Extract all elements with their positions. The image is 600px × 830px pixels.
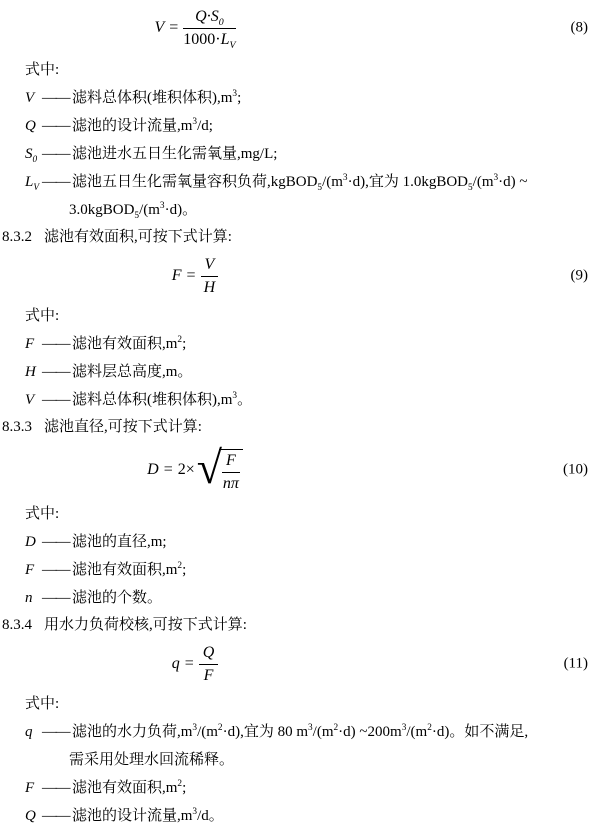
- fraction-denominator: F: [199, 665, 219, 685]
- formula-9-lhs: F: [172, 267, 182, 285]
- definition-row: V —— 滤料总体积(堆积体积),m3;: [0, 84, 600, 112]
- term-dash: ——: [40, 168, 72, 196]
- term-symbol: S0: [25, 140, 40, 168]
- fraction-numerator: F: [222, 452, 240, 473]
- fraction: Q·S0 1000·LV: [183, 8, 235, 49]
- term-dash: ——: [40, 140, 72, 168]
- equation-10-row: D = 2× √ F nπ (10): [0, 440, 600, 500]
- term-text: 滤池的个数。: [72, 584, 162, 612]
- equation-9-row: F = V H (9): [0, 250, 600, 302]
- term-symbol: V: [25, 84, 40, 112]
- term-dash: ——: [40, 330, 72, 358]
- term-text: 滤料层总高度,m。: [72, 358, 192, 386]
- term-symbol: H: [25, 358, 40, 386]
- formula-11: q = Q F: [0, 644, 390, 685]
- term-dash: ——: [40, 528, 72, 556]
- definition-row: LV —— 滤池五日生化需氧量容积负荷,kgBOD5/(m3·d),宜为 1.0…: [0, 168, 600, 196]
- document-page: V = Q·S0 1000·LV (8) 式中: V —— 滤料总体积(堆积体积…: [0, 0, 600, 830]
- term-text: 滤池五日生化需氧量容积负荷,kgBOD5/(m3·d),宜为 1.0kgBOD5…: [72, 168, 528, 196]
- radicand: F nπ: [219, 449, 243, 493]
- fraction: F nπ: [222, 452, 240, 493]
- equals-sign: =: [159, 461, 178, 479]
- formula-8-lhs: V: [154, 19, 164, 37]
- definition-row: S0 —— 滤池进水五日生化需氧量,mg/L;: [0, 140, 600, 168]
- denominator-coefficient: 1000·: [183, 31, 220, 48]
- definition-row: V —— 滤料总体积(堆积体积),m3。: [0, 386, 600, 414]
- term-dash: ——: [40, 802, 72, 830]
- denominator-variable: LV: [221, 31, 236, 48]
- equation-number-11: (11): [564, 656, 588, 673]
- section-title: 滤池有效面积,可按下式计算:: [44, 224, 232, 250]
- equals-sign: =: [181, 267, 200, 285]
- term-symbol: F: [25, 774, 40, 802]
- formula-8: V = Q·S0 1000·LV: [0, 8, 390, 49]
- term-symbol: D: [25, 528, 40, 556]
- formula-10-lhs: D: [147, 461, 159, 479]
- term-symbol: n: [25, 584, 40, 612]
- fraction: Q F: [199, 644, 219, 685]
- section-heading-8-3-3: 8.3.3 滤池直径,可按下式计算:: [0, 414, 600, 440]
- term-text: 滤料总体积(堆积体积),m3。: [72, 386, 252, 414]
- section-number: 8.3.2: [2, 224, 32, 250]
- term-symbol: F: [25, 556, 40, 584]
- formula-9: F = V H: [0, 256, 390, 297]
- formula-10-coefficient: 2×: [178, 461, 195, 479]
- fraction-numerator: Q: [199, 644, 219, 665]
- term-text: 滤池有效面积,m2;: [72, 774, 186, 802]
- term-text: 滤池有效面积,m2;: [72, 330, 186, 358]
- formula-11-lhs: q: [172, 655, 180, 673]
- fraction-denominator: 1000·LV: [183, 29, 235, 49]
- definition-row: D —— 滤池的直径,m;: [0, 528, 600, 556]
- fraction-denominator: H: [201, 277, 219, 297]
- term-dash: ——: [40, 718, 72, 746]
- definition-row: q —— 滤池的水力负荷,m3/(m2·d),宜为 80 m3/(m2·d) ~…: [0, 718, 600, 746]
- definition-row: Q —— 滤池的设计流量,m3/d;: [0, 112, 600, 140]
- equation-11-row: q = Q F (11): [0, 638, 600, 690]
- term-symbol: q: [25, 718, 40, 746]
- term-text: 滤料总体积(堆积体积),m3;: [72, 84, 241, 112]
- term-text: 滤池有效面积,m2;: [72, 556, 186, 584]
- square-root: √ F nπ: [197, 448, 243, 493]
- equals-sign: =: [164, 19, 183, 37]
- term-text-continuation: 需采用处理水回流稀释。: [0, 746, 600, 774]
- term-dash: ——: [40, 584, 72, 612]
- term-dash: ——: [40, 358, 72, 386]
- term-text: 滤池的水力负荷,m3/(m2·d),宜为 80 m3/(m2·d) ~200m3…: [72, 718, 528, 746]
- term-dash: ——: [40, 774, 72, 802]
- term-text: 滤池的设计流量,m3/d。: [72, 802, 224, 830]
- term-symbol: LV: [25, 168, 40, 196]
- term-symbol: Q: [25, 802, 40, 830]
- fraction: V H: [201, 256, 219, 297]
- section-number: 8.3.4: [2, 612, 32, 638]
- term-dash: ——: [40, 386, 72, 414]
- term-text: 滤池的直径,m;: [72, 528, 167, 556]
- definition-row: F —— 滤池有效面积,m2;: [0, 556, 600, 584]
- term-symbol: Q: [25, 112, 40, 140]
- term-dash: ——: [40, 112, 72, 140]
- formula-10: D = 2× √ F nπ: [0, 448, 390, 493]
- section-title: 用水力负荷校核,可按下式计算:: [44, 612, 247, 638]
- equation-number-8: (8): [571, 20, 589, 37]
- definition-row: F —— 滤池有效面积,m2;: [0, 774, 600, 802]
- term-symbol: F: [25, 330, 40, 358]
- where-label: 式中:: [0, 302, 600, 330]
- equals-sign: =: [180, 655, 199, 673]
- where-label: 式中:: [0, 690, 600, 718]
- section-heading-8-3-4: 8.3.4 用水力负荷校核,可按下式计算:: [0, 612, 600, 638]
- definition-row: n —— 滤池的个数。: [0, 584, 600, 612]
- term-text: 滤池进水五日生化需氧量,mg/L;: [72, 140, 277, 168]
- fraction-numerator: Q·S0: [183, 8, 235, 29]
- section-title: 滤池直径,可按下式计算:: [44, 414, 202, 440]
- term-dash: ——: [40, 556, 72, 584]
- definition-row: F —— 滤池有效面积,m2;: [0, 330, 600, 358]
- fraction-denominator: nπ: [222, 473, 240, 493]
- equation-8-row: V = Q·S0 1000·LV (8): [0, 0, 600, 56]
- definition-row: Q —— 滤池的设计流量,m3/d。: [0, 802, 600, 830]
- term-text: 滤池的设计流量,m3/d;: [72, 112, 213, 140]
- term-dash: ——: [40, 84, 72, 112]
- term-symbol: V: [25, 386, 40, 414]
- where-label: 式中:: [0, 56, 600, 84]
- equation-number-10: (10): [563, 462, 588, 479]
- equation-number-9: (9): [571, 268, 589, 285]
- fraction-numerator: V: [201, 256, 219, 277]
- section-number: 8.3.3: [2, 414, 32, 440]
- section-heading-8-3-2: 8.3.2 滤池有效面积,可按下式计算:: [0, 224, 600, 250]
- definition-row: H —— 滤料层总高度,m。: [0, 358, 600, 386]
- term-text-continuation: 3.0kgBOD5/(m3·d)。: [0, 196, 600, 224]
- where-label: 式中:: [0, 500, 600, 528]
